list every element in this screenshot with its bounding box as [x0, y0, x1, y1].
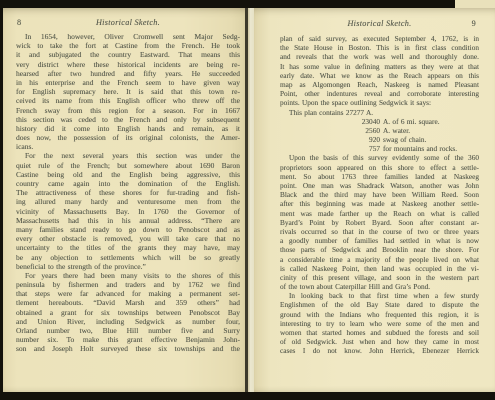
plan-item-label: swag of chain.	[383, 135, 426, 144]
page-body: plan of said survey, as executed Septemb…	[280, 34, 479, 356]
text-line: of old Sedgwick. Just when and how they …	[280, 337, 479, 346]
text-line: ment. So about 1763 three families lande…	[280, 172, 479, 181]
text-line: uncertainty to the titles of the grants …	[16, 243, 240, 252]
text-line: plan of said survey, as executed Septemb…	[280, 34, 479, 43]
running-title: Historical Sketch.	[96, 18, 160, 27]
plan-item-row: 757for mountains and rocks.	[280, 144, 479, 153]
text-line: every other obstacle is removed, you wil…	[16, 234, 240, 243]
text-line: the State House in Boston. This is in fi…	[280, 43, 479, 52]
text-line: country came again into the domination o…	[16, 179, 240, 188]
text-line: in his enterprise and the French seem to…	[16, 78, 240, 87]
plan-acreage-number: 920	[280, 135, 380, 144]
text-line: and Union River, including Sedgwick as n…	[16, 317, 240, 326]
text-line: Englishmen of the old Bay State dared to…	[280, 300, 479, 309]
text-line: after this beginning was made at Naskeeg…	[280, 199, 479, 208]
plan-intro-line: This plan contains 27277 A.	[280, 108, 479, 117]
text-line: In 1654, however, Oliver Cromwell sent M…	[16, 32, 240, 41]
text-line: hearsed after two hundred and fifty year…	[16, 69, 240, 78]
plan-item-row: 920swag of chain.	[280, 135, 479, 144]
text-line: peninsula by fishermen and traders and b…	[16, 280, 240, 289]
plan-acreage-number: 757	[280, 144, 380, 153]
text-line: of the town about Caterpillar Hill and G…	[280, 282, 479, 291]
running-title: Historical Sketch.	[347, 19, 411, 28]
text-line: be any objection to settlements which wi…	[16, 253, 240, 262]
book-scan: 8 Historical Sketch. In 1654, however, O…	[0, 0, 495, 400]
page-header: Historical Sketch. 9	[280, 19, 479, 28]
page-header: 8 Historical Sketch.	[16, 18, 240, 27]
text-line: Orland number two, Blue Hill number five…	[16, 326, 240, 335]
plan-item-label: A. water.	[383, 126, 410, 135]
text-line: women that started homes and subdued the…	[280, 328, 479, 337]
text-line: French sway from this region for a seaso…	[16, 106, 240, 115]
text-line: Upon the basis of this survey evidently …	[280, 153, 479, 162]
text-line: beneficial to the strength of the provin…	[16, 262, 240, 271]
text-line: ing allured many hardy and venturesome m…	[16, 197, 240, 206]
text-line: ceived its name from this English office…	[16, 96, 240, 105]
page-number: 9	[472, 19, 476, 28]
text-line: number six. To make this grant effective…	[16, 335, 240, 344]
text-line: this section was ceded to the French and…	[16, 115, 240, 124]
plan-item-label: for mountains and rocks.	[383, 144, 457, 153]
text-line: Point, other indentures reveal and corro…	[280, 89, 479, 98]
bottom-edge	[0, 392, 495, 400]
top-edge	[0, 0, 495, 8]
text-line: icans.	[16, 142, 240, 151]
text-line: interesting to try to learn who were som…	[280, 319, 479, 328]
plan-acreage-number: 23040	[280, 117, 380, 126]
page-edge-highlight	[248, 0, 254, 400]
text-line: for English supremacy here. It is said t…	[16, 87, 240, 96]
text-line: tlement hereabouts. “David Marsh and 359…	[16, 298, 240, 307]
text-line: Byard’s Point by Robert Byard. Soon afte…	[280, 218, 479, 227]
text-line: proprietors soon appeared on this shore …	[280, 163, 479, 172]
text-line: For the next several years this section …	[16, 151, 240, 160]
text-line: map as Algomongen Reach, Naskeeg is name…	[280, 80, 479, 89]
text-line: For years there had been many visits to …	[16, 271, 240, 280]
text-line: those parts of Sedgwick and Brooklin nea…	[280, 245, 479, 254]
text-line: rivals occurred so that in the course of…	[280, 227, 479, 236]
text-line: and reveals that the work was well and t…	[280, 52, 479, 61]
text-line: that steps were far advanced for making …	[16, 289, 240, 298]
text-line: In looking back to that first time when …	[280, 291, 479, 300]
text-line: very district where these historical inc…	[16, 60, 240, 69]
text-line: Castine being old and the English being …	[16, 170, 240, 179]
plan-item-row: 2560A. water.	[280, 126, 479, 135]
text-line: vicinity of Massachusetts Bay. In 1760 t…	[16, 207, 240, 216]
text-line: cases I do not know. John Herrick, Ebene…	[280, 346, 479, 355]
text-line: ground with the Indians who frequented t…	[280, 310, 479, 319]
text-line: does now, the possession of its original…	[16, 133, 240, 142]
plan-item-label: A. of 6 mi. square.	[383, 117, 440, 126]
text-line: obtained a grant for six townships betwe…	[16, 308, 240, 317]
text-line: wick to take the fort at Castine from th…	[16, 41, 240, 50]
page-left: 8 Historical Sketch. In 1654, however, O…	[3, 8, 245, 392]
text-line: history did it come into English hands a…	[16, 124, 240, 133]
text-line: Massachusetts had this in his annual add…	[16, 216, 240, 225]
text-line: Black and the third may have been Willia…	[280, 190, 479, 199]
text-line: a goodly number of families had settled …	[280, 236, 479, 245]
text-line: points. Upon the space outlining Sedgwic…	[280, 98, 479, 107]
top-right-corner	[455, 0, 495, 8]
text-line: The attractiveness of these shores for f…	[16, 188, 240, 197]
plan-acreage-number: 2560	[280, 126, 380, 135]
text-line: is called Naskeeg Point, then land was o…	[280, 264, 479, 273]
page-right: Historical Sketch. 9 plan of said survey…	[254, 8, 495, 392]
plan-item-row: 23040A. of 6 mi. square.	[280, 117, 479, 126]
text-line: early date. What we know as the Reach ap…	[280, 71, 479, 80]
text-line: It has some value in defining matters as…	[280, 62, 479, 71]
text-line: a considerable time a majority of the pe…	[280, 255, 479, 264]
text-line: ment was made farther up the Reach on wh…	[280, 209, 479, 218]
text-line: son and Joseph Holt surveyed these six t…	[16, 344, 240, 353]
text-line: point. One man was Shadrack Watson, anot…	[280, 181, 479, 190]
page-body: In 1654, however, Oliver Cromwell sent M…	[16, 32, 240, 354]
left-edge	[0, 0, 3, 400]
text-line: cinity of this present village, and soon…	[280, 273, 479, 282]
text-line: many families stand ready to go down to …	[16, 225, 240, 234]
text-line: it and subjugated the country Eastward. …	[16, 50, 240, 59]
page-number: 8	[17, 18, 21, 27]
text-line: quiet rule of the French; but somewhere …	[16, 161, 240, 170]
